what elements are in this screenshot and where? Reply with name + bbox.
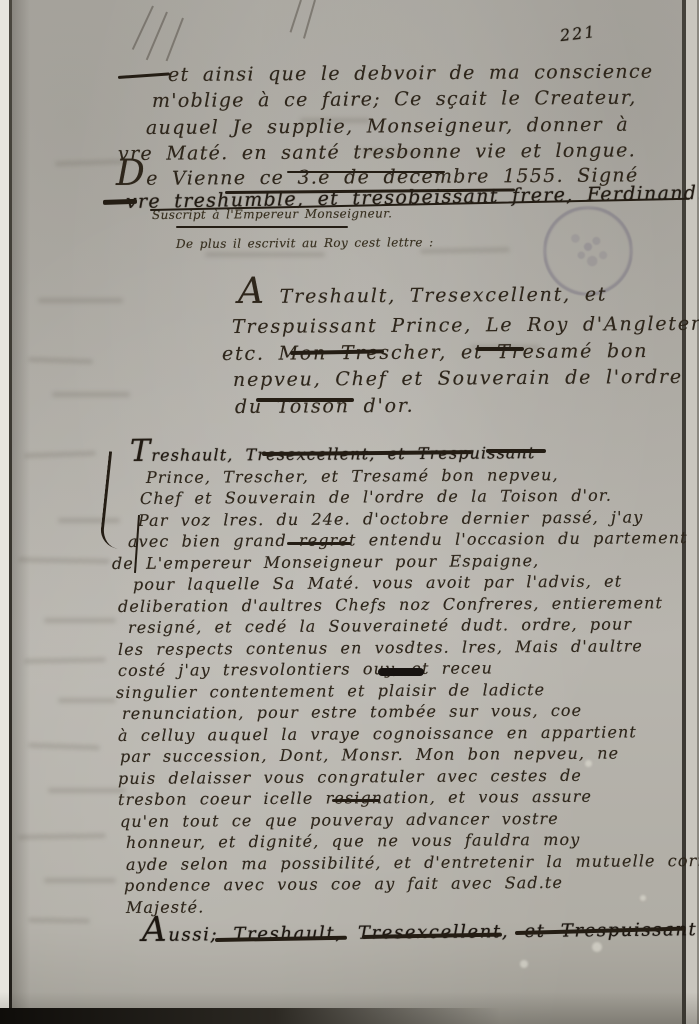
paper-stain [592, 942, 602, 952]
address-line: nepveu, Chef et Souverain de l'ordre [233, 366, 683, 391]
body-line: deliberation d'aultres Chefs noz Confrer… [118, 593, 663, 616]
bleed-through-mark [44, 618, 116, 623]
body-line: Prince, Trescher, et Tresamé bon nepveu, [146, 465, 559, 487]
body-line: puis delaisser vous congratuler avec ces… [118, 766, 582, 788]
ink-strikethrough [486, 449, 546, 453]
bleed-through-mark [28, 743, 100, 751]
bleed-through-mark [44, 878, 116, 883]
address-line: Trespuissant Prince, Le Roy d'Angleterre [232, 313, 699, 338]
address-line: A Treshault, Tresexcellent, et [238, 283, 607, 308]
bleed-through-mark [52, 392, 130, 397]
body-line: honneur, et dignité, que ne vous fauldra… [126, 830, 580, 852]
bleed-through-mark [28, 917, 90, 923]
bleed-through-mark [24, 657, 106, 663]
body-line: qu'en tout ce que pouveray advancer vost… [120, 809, 559, 831]
ink-flourish [118, 72, 170, 79]
ink-underline [176, 226, 348, 228]
body-line: pondence avec vous coe ay fait avec Sad.… [124, 873, 563, 895]
annotation-note: De plus il escrivit au Roy cest lettre : [176, 235, 434, 251]
bleed-through-mark [28, 357, 93, 364]
body-line: renunciation, pour estre tombée sur vous… [122, 701, 582, 723]
scan-margin-left [0, 0, 9, 1024]
ink-underline [287, 171, 445, 173]
bleed-through-mark [18, 557, 110, 564]
ink-strikethrough [256, 398, 354, 402]
bleed-through-mark [18, 833, 106, 840]
address-line: etc. Mon Trescher, et Tresamé bon [222, 340, 648, 365]
ink-dash [332, 799, 380, 802]
ink-strikethrough [476, 347, 524, 351]
body-line: par succession, Dont, Monsr. Mon bon nep… [120, 744, 619, 766]
body-line: ayde selon ma possibilité, et d'entreten… [126, 851, 699, 874]
body-line: Par voz lres. du 24e. d'octobre dernier … [138, 507, 643, 530]
pen-trial-stroke [290, 0, 302, 33]
bleed-through-mark [48, 788, 126, 793]
manuscript-line: auquel Je supplie, Monseigneur, donner à [146, 114, 629, 139]
body-line: costé j'ay tresvolontiers ouy, et receu [118, 658, 493, 680]
manuscript-line: et ainsi que le debvoir de ma conscience [168, 61, 654, 86]
body-line: pour laquelle Sa Maté. vous avoit par l'… [133, 572, 622, 594]
ink-blot-deletion [378, 668, 424, 676]
body-line: avec bien grand regret entendu l'occasio… [128, 528, 688, 551]
bleed-through-mark [205, 252, 325, 257]
body-line: singulier contentement et plaisir de lad… [116, 680, 545, 702]
body-line: Chef et Souverain de l'ordre de la Toiso… [140, 486, 612, 508]
folio-number: 221 [559, 22, 598, 45]
bleed-through-mark [58, 698, 116, 703]
pen-trial-stroke [146, 12, 168, 61]
pen-trial-stroke [132, 6, 154, 50]
body-line: de L'empereur Monseigneur pour Espaigne, [112, 551, 539, 573]
archive-stamp-icon [543, 206, 633, 296]
body-line: à celluy auquel la vraye cognoissance en… [118, 722, 637, 745]
page-edge-shadow [12, 0, 30, 1024]
body-line: les respects contenus en vosdtes. lres, … [118, 636, 643, 659]
paper-stain [640, 895, 646, 901]
paper-stain [520, 960, 528, 968]
ink-strikethrough [287, 542, 351, 545]
pen-trial-stroke [166, 18, 184, 62]
body-line: resigné, et cedé la Souveraineté dudt. o… [128, 614, 632, 637]
body-line: tresbon coeur icelle resignation, et vou… [118, 787, 592, 809]
page-bottom-edge [0, 1008, 500, 1024]
manuscript-line: vre Maté. en santé tresbonne vie et long… [118, 139, 636, 165]
initial-flourish [99, 451, 128, 548]
closing-line: Aussi; Treshault, Tresexcellent, et Tres… [142, 919, 698, 946]
bleed-through-mark [38, 298, 123, 303]
bleed-through-mark [24, 451, 96, 459]
manuscript-line: m'oblige à ce faire; Ce sçait le Createu… [152, 87, 637, 112]
pen-trial-stroke [303, 0, 316, 39]
manuscript-scan-page: 221 et ainsi que le debvoir de ma consci… [0, 0, 699, 1024]
